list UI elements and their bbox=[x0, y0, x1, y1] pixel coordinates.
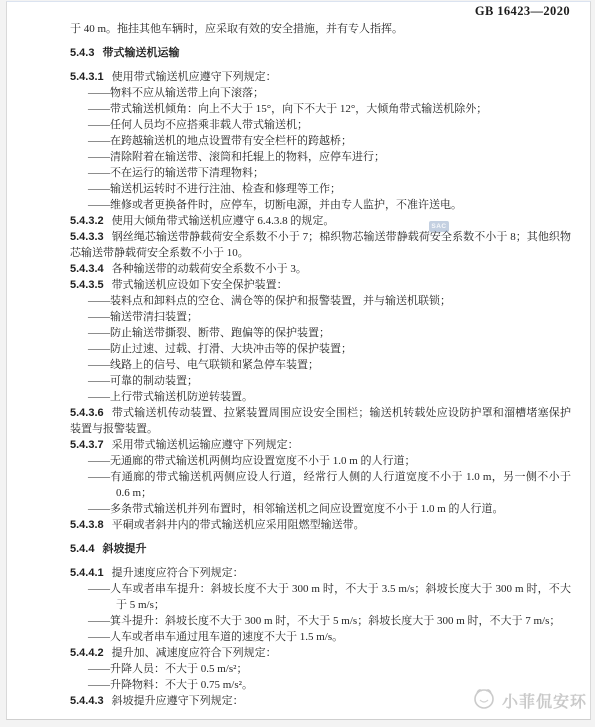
clause-number: 5.4.3.4 bbox=[70, 263, 104, 275]
clause-text: 各种输送带的动载荷安全系数不小于 3。 bbox=[112, 263, 307, 275]
dash-item-text: ——箕斗提升：斜坡长度不大于 300 m 时，不大于 5 m/s；斜坡长度大于 … bbox=[88, 615, 560, 627]
clause-number: 5.4.3.6 bbox=[70, 407, 104, 419]
dash-item-text: ——带式输送机倾角：向上不大于 15°，向下不大于 12°，大倾角带式输送机除外… bbox=[88, 103, 487, 115]
dash-item-text: ——有通廊的带式输送机两侧应设人行道，经常行人侧的人行道宽度不小于 1.0 m，… bbox=[88, 471, 571, 499]
doc-number: GB 16423—2020 bbox=[475, 4, 570, 19]
clause-text: 平硐或者斜井内的带式输送机应采用阻燃型输送带。 bbox=[112, 519, 365, 531]
clause-text: 带式输送机应设如下安全保护装置： bbox=[112, 279, 288, 291]
dash-item: ——上行带式输送机防逆转装置。 bbox=[70, 389, 571, 405]
scanned-document-page: { "page": { "doc_number": "GB 16423—2020… bbox=[0, 0, 595, 727]
dash-item: ——维修或者更换备件时，应停车，切断电源，并由专人监护，不准许送电。 bbox=[70, 197, 571, 213]
dash-item-text: ——输送带清扫装置； bbox=[88, 311, 198, 323]
dash-item-text: ——装料点和卸料点的空仓、满仓等的保护和报警装置，并与输送机联锁； bbox=[88, 295, 451, 307]
dash-item: ——清除附着在输送带、滚筒和托辊上的物料，应停车进行； bbox=[70, 149, 571, 165]
section-heading: 5.4.4斜坡提升 bbox=[70, 541, 571, 557]
dash-item-text: ——维修或者更换备件时，应停车，切断电源，并由专人监护，不准许送电。 bbox=[88, 199, 462, 211]
dash-item: ——人车或者串车提升：斜坡长度不大于 300 m 时，不大于 3.5 m/s；斜… bbox=[70, 581, 571, 613]
clause-row: 5.4.3.7采用带式输送机运输应遵守下列规定： bbox=[70, 437, 571, 453]
clause-number: 5.4.3.8 bbox=[70, 519, 104, 531]
dash-item-text: ——无通廊的带式输送机两侧均应设置宽度不小于 1.0 m 的人行道； bbox=[88, 455, 416, 467]
clause-text: 带式输送机运输 bbox=[102, 47, 179, 59]
brand-logo-icon bbox=[471, 685, 497, 716]
dash-item-text: ——多条带式输送机并列布置时，相邻输送机之间应设置宽度不小于 1.0 m 的人行… bbox=[88, 503, 504, 515]
dash-item: ——不在运行的输送带下清理物料； bbox=[70, 165, 571, 181]
dash-item-text: ——升降物料：不大于 0.75 m/s²。 bbox=[88, 679, 253, 691]
clause-text: 提升速度应符合下列规定： bbox=[112, 567, 244, 579]
dash-item: ——无通廊的带式输送机两侧均应设置宽度不小于 1.0 m 的人行道； bbox=[70, 453, 571, 469]
clause-text: 带式输送机传动装置、拉紧装置周围应设安全围栏；输送机转载处应设防护罩和溜槽堵塞保… bbox=[70, 407, 571, 435]
dash-item-text: ——输送机运转时不进行注油、检查和修理等工作； bbox=[88, 183, 341, 195]
clause-text: 采用带式输送机运输应遵守下列规定： bbox=[112, 439, 299, 451]
dash-item: ——箕斗提升：斜坡长度不大于 300 m 时，不大于 5 m/s；斜坡长度大于 … bbox=[70, 613, 571, 629]
dash-item-text: ——人车或者串车通过甩车道的速度不大于 1.5 m/s。 bbox=[88, 631, 343, 643]
clause-row: 5.4.3.8平硐或者斜井内的带式输送机应采用阻燃型输送带。 bbox=[70, 517, 571, 533]
dash-item: ——带式输送机倾角：向上不大于 15°，向下不大于 12°，大倾角带式输送机除外… bbox=[70, 101, 571, 117]
clause-text: 提升加、减速度应符合下列规定： bbox=[112, 647, 277, 659]
clause-row: 5.4.4.1提升速度应符合下列规定： bbox=[70, 565, 571, 581]
dash-item: ——防止输送带撕裂、断带、跑偏等的保护装置； bbox=[70, 325, 571, 341]
dash-item-text: ——防止过速、过载、打滑、大块冲击等的保护装置； bbox=[88, 343, 352, 355]
clause-number: 5.4.4 bbox=[70, 543, 94, 555]
dash-item: ——任何人员均不应搭乘非载人带式输送机； bbox=[70, 117, 571, 133]
clause-row: 5.4.3.1使用带式输送机应遵守下列规定： bbox=[70, 69, 571, 85]
clause-text: 使用带式输送机应遵守下列规定： bbox=[112, 71, 277, 83]
dash-item-text: ——防止输送带撕裂、断带、跑偏等的保护装置； bbox=[88, 327, 330, 339]
clause-number: 5.4.3.1 bbox=[70, 71, 104, 83]
dash-item: ——线路上的信号、电气联锁和紧急停车装置； bbox=[70, 357, 571, 373]
document-body: 于 40 m。拖挂其他车辆时，应采取有效的安全措施，并有专人指挥。5.4.3带式… bbox=[70, 21, 571, 709]
clause-number: 5.4.3.3 bbox=[70, 231, 104, 243]
clause-number: 5.4.3.2 bbox=[70, 215, 104, 227]
dash-item-text: ——任何人员均不应搭乘非载人带式输送机； bbox=[88, 119, 308, 131]
clause-row: 5.4.3.5带式输送机应设如下安全保护装置： bbox=[70, 277, 571, 293]
dash-item: ——在跨越输送机的地点设置带有安全栏杆的跨越桥； bbox=[70, 133, 571, 149]
clause-text: 使用大倾角带式输送机应遵守 6.4.3.8 的规定。 bbox=[112, 215, 335, 227]
clause-row: 5.4.4.2提升加、减速度应符合下列规定： bbox=[70, 645, 571, 661]
dash-item-text: ——清除附着在输送带、滚筒和托辊上的物料，应停车进行； bbox=[88, 151, 385, 163]
dash-item-text: ——在跨越输送机的地点设置带有安全栏杆的跨越桥； bbox=[88, 135, 352, 147]
dash-item: ——可靠的制动装置； bbox=[70, 373, 571, 389]
dash-item-text: ——上行带式输送机防逆转装置。 bbox=[88, 391, 253, 403]
clause-row: 5.4.3.2使用大倾角带式输送机应遵守 6.4.3.8 的规定。 bbox=[70, 213, 571, 229]
clause-text: 钢丝绳芯输送带静载荷安全系数不小于 7；棉织物芯输送带静载荷安全系数不小于 8；… bbox=[70, 231, 571, 259]
dash-item-text: ——升降人员：不大于 0.5 m/s²； bbox=[88, 663, 247, 675]
clause-number: 5.4.4.3 bbox=[70, 695, 104, 707]
clause-row: 5.4.3.3钢丝绳芯输送带静载荷安全系数不小于 7；棉织物芯输送带静载荷安全系… bbox=[70, 229, 571, 261]
clause-text: 斜坡提升 bbox=[102, 543, 146, 555]
dash-item-text: ——人车或者串车提升：斜坡长度不大于 300 m 时，不大于 3.5 m/s；斜… bbox=[88, 583, 571, 611]
dash-item: ——升降人员：不大于 0.5 m/s²； bbox=[70, 661, 571, 677]
dash-item: ——多条带式输送机并列布置时，相邻输送机之间应设置宽度不小于 1.0 m 的人行… bbox=[70, 501, 571, 517]
dash-item: ——防止过速、过载、打滑、大块冲击等的保护装置； bbox=[70, 341, 571, 357]
watermark-stamp: SAC bbox=[429, 221, 449, 232]
clause-number: 5.4.4.2 bbox=[70, 647, 104, 659]
dash-item-text: ——物料不应从输送带上向下滚落； bbox=[88, 87, 264, 99]
brand-text: 小菲侃安环 bbox=[502, 689, 587, 712]
paragraph: 于 40 m。拖挂其他车辆时，应采取有效的安全措施，并有专人指挥。 bbox=[70, 21, 571, 37]
brand-watermark: 小菲侃安环 bbox=[471, 686, 587, 714]
clause-number: 5.4.3 bbox=[70, 47, 94, 59]
dash-item: ——物料不应从输送带上向下滚落； bbox=[70, 85, 571, 101]
dash-item: ——输送带清扫装置； bbox=[70, 309, 571, 325]
clause-number: 5.4.3.5 bbox=[70, 279, 104, 291]
clause-number: 5.4.4.1 bbox=[70, 567, 104, 579]
clause-number: 5.4.3.7 bbox=[70, 439, 104, 451]
dash-item-text: ——不在运行的输送带下清理物料； bbox=[88, 167, 264, 179]
dash-item: ——有通廊的带式输送机两侧应设人行道，经常行人侧的人行道宽度不小于 1.0 m，… bbox=[70, 469, 571, 501]
dash-item: ——装料点和卸料点的空仓、满仓等的保护和报警装置，并与输送机联锁； bbox=[70, 293, 571, 309]
dash-item-text: ——可靠的制动装置； bbox=[88, 375, 198, 387]
clause-row: 5.4.3.4各种输送带的动载荷安全系数不小于 3。 bbox=[70, 261, 571, 277]
section-heading: 5.4.3带式输送机运输 bbox=[70, 45, 571, 61]
dash-item: ——人车或者串车通过甩车道的速度不大于 1.5 m/s。 bbox=[70, 629, 571, 645]
clause-text: 斜坡提升应遵守下列规定： bbox=[112, 695, 244, 707]
clause-row: 5.4.3.6带式输送机传动装置、拉紧装置周围应设安全围栏；输送机转载处应设防护… bbox=[70, 405, 571, 437]
dash-item-text: ——线路上的信号、电气联锁和紧急停车装置； bbox=[88, 359, 319, 371]
dash-item: ——输送机运转时不进行注油、检查和修理等工作； bbox=[70, 181, 571, 197]
clause-text: 于 40 m。拖挂其他车辆时，应采取有效的安全措施，并有专人指挥。 bbox=[70, 23, 403, 35]
